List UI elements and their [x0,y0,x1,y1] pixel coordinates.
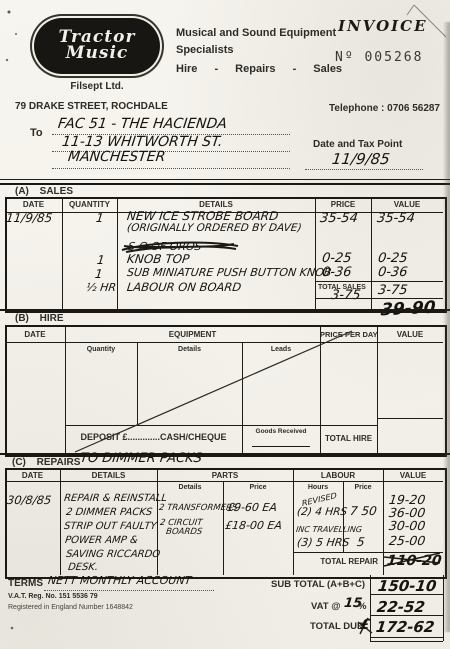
repairs-part-price: £18-00 EA [224,519,283,532]
vat-label: VAT @ [311,601,341,612]
sales-row-price: 35-54 [319,211,359,226]
hire-col-value: VALUE [377,330,443,339]
date-tax-point-label: Date and Tax Point [313,139,402,150]
hire-deposit-label: DEPOSIT £.............CASH/CHEQUE [65,432,242,442]
sales-labour-price: 3-75 [330,288,361,303]
subtotal-value: 150-10 [377,577,438,595]
repairs-sub-labour-price: Price [343,484,383,491]
repairs-col-parts: PARTS [157,471,293,480]
paper-speck [6,59,8,61]
totals-rule [370,641,443,642]
hire-sub-details: Details [137,346,242,353]
sales-row-details: NEW ICE STROBE BOARD [126,209,279,223]
bill-to-line1: FAC 51 - THE HACIENDA [57,116,228,132]
company-registration: Registered in England Number 1648842 [8,604,133,611]
repairs-col-line [60,468,61,575]
services-line: Hire - Repairs - Sales [176,63,342,75]
totals-box-right-line [443,575,444,641]
repairs-details-line: SAVING RICCARDO [65,549,160,560]
repairs-details-line: 2 DIMMER PACKS [65,507,153,518]
repairs-part-price: £9-60 EA [226,501,278,514]
total-due-currency-sign: £ [359,617,371,633]
sales-row-details: SUB MINIATURE PUSH BUTTON KNOB [126,266,332,279]
paper-speck [15,33,17,35]
sales-col-quantity: QUANTITY [62,200,117,209]
telephone: Telephone : 0706 56287 [290,103,440,114]
repairs-section-note: TO DIMMER PACKS [79,451,203,466]
tractor-music-logo: Tractor Music [34,18,160,74]
sales-col-details: DETAILS [117,200,315,209]
sales-row-details2: (ORIGINALLY ORDERED BY DAVE) [126,222,302,234]
repairs-details-line: REPAIR & REINSTALL [63,493,167,504]
hire-bottom-rule [65,425,377,426]
sales-row-details: LABOUR ON BOARD [126,280,242,294]
repairs-labour-hours: (2) 4 HRS [296,506,348,518]
divider [0,183,450,185]
sales-total-box-line [315,281,443,282]
hire-col-price-per-day: PRICE PER DAY [320,330,377,339]
repairs-labour-hours: (3) 5 HRS [296,536,350,549]
repairs-part-details: BOARDS [165,527,202,537]
sales-row-value: 0-36 [377,265,408,280]
bill-to-line2: 11-13 WHITWORTH ST. [61,134,223,150]
hire-sub-leads: Leads [242,346,320,353]
repairs-col-line [383,468,384,575]
sales-row-date: 11/9/85 [5,211,53,225]
totals-rule [370,637,443,638]
street-address: 79 DRAKE STREET, ROCHDALE [15,101,168,112]
invoice-document: Tractor Music Filsept Ltd. Musical and S… [0,0,450,649]
hire-subcol-line [242,342,243,453]
hire-col-line [377,325,378,453]
repairs-sub-parts-price: Price [223,484,293,491]
invoice-number-label: Nº [335,50,355,65]
sales-col-line [117,197,118,309]
sales-row-price: 0-36 [321,265,352,280]
sales-row-value: 0-25 [377,251,408,266]
vat-registration: V.A.T. Reg. No. 151 5536 79 [8,593,98,600]
repairs-details-line: DESK. [67,562,98,573]
divider [0,179,450,180]
repairs-total-label: TOTAL REPAIR [296,557,378,566]
subtotal-label: SUB TOTAL (A+B+C) [250,579,365,590]
repairs-details-line: POWER AMP & [64,535,138,546]
repairs-col-date: DATE [5,471,60,480]
terms-label: TERMS [8,578,43,589]
sales-section-label: (A) SALES [15,186,73,197]
repairs-labour-note: INC TRAVELLING [295,525,362,534]
repairs-value: 25-00 [388,533,426,548]
paper-speck [8,11,11,14]
sales-col-line [62,197,63,309]
repairs-details-line: STRIP OUT FAULTY [63,521,157,532]
document-title: INVOICE [338,17,428,35]
repairs-section-label: (C) REPAIRS [12,457,80,468]
totals-box-left-line [370,575,371,641]
total-due-label: TOTAL DUE [310,621,363,632]
date-tax-point-value: 11/9/85 [331,150,391,168]
hire-goods-received-label: Goods Received [242,428,320,435]
paper-speck [11,627,14,630]
tagline-line1: Musical and Sound Equipment [176,27,336,39]
tagline-line2: Specialists [176,44,233,56]
logo-text-bottom: Music [66,46,129,62]
total-due-value: 172-62 [375,618,436,636]
sales-row-details: KNOB TOP [126,252,190,266]
invoice-number: Nº 005268 [335,50,423,65]
sales-labour-value: 3-75 [377,283,408,298]
hire-subcol-line [137,342,138,425]
hire-sub-quantity: Quantity [65,346,137,353]
hire-total-label: TOTAL HIRE [320,434,377,443]
repairs-labour-price: 7 50 [349,504,377,518]
terms-value: NETT MONTHLY ACCOUNT [47,574,192,587]
vat-percent-sign: % [358,601,366,612]
dotted-line [52,168,290,169]
repairs-header-rule [5,481,443,482]
hire-section-label: (B) HIRE [15,313,64,324]
sales-col-date: DATE [5,200,62,209]
repairs-col-labour: LABOUR [293,471,383,480]
repairs-col-details: DETAILS [60,471,157,480]
divider [0,453,450,455]
sales-col-line [371,197,372,309]
hire-value-rule [377,418,443,419]
hire-goods-received-line [252,446,310,447]
dotted-line [44,590,214,591]
company-name: Filsept Ltd. [34,81,160,92]
hire-col-equipment: EQUIPMENT [65,330,320,339]
sales-row-price: 0-25 [321,251,352,266]
vat-value: 22-52 [376,598,426,616]
sales-col-value: VALUE [371,200,443,209]
dotted-line [305,169,423,170]
repairs-value: 30-00 [388,518,426,533]
repairs-col-value: VALUE [383,471,443,480]
divider [0,309,450,311]
sales-col-price: PRICE [315,200,371,209]
sales-row-qty: ½ HR [85,281,117,294]
repairs-total-value: 110-20 [386,553,442,569]
repairs-sub-parts-details: Details [157,484,223,491]
hire-col-date: DATE [5,330,65,339]
invoice-number-value: 005268 [364,50,423,65]
sales-col-line [315,197,316,309]
to-label: To [30,127,43,139]
repairs-row-date: 30/8/85 [6,493,52,507]
bill-to-line3: MANCHESTER [67,149,166,165]
sales-row-value: 35-54 [376,211,416,226]
